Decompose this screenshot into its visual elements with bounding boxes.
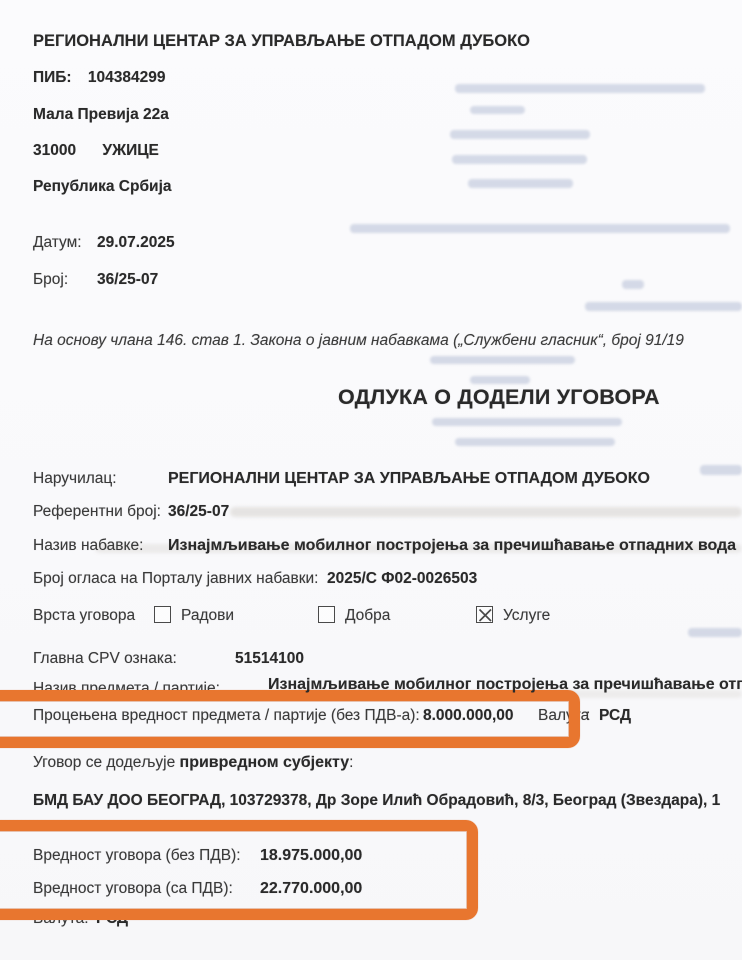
checkbox-unchecked-icon (154, 606, 171, 623)
postal-code: 31000 (33, 142, 76, 159)
estimated-currency-value: РСД (599, 705, 631, 727)
reference-label: Референтни број: (33, 503, 161, 520)
supplier-line: БМД БАУ ДОО БЕОГРАД, 103729378, Др Зоре … (33, 790, 720, 812)
highlight-box-contract-values (0, 820, 478, 920)
subject-value: Изнајмљивање мобилног постројења за преч… (268, 676, 742, 693)
award-suffix: : (349, 754, 353, 771)
contract-type-option-radovi: Радови (154, 605, 234, 627)
estimated-value-label: Процењена вредност предмета / партије (б… (33, 707, 420, 724)
award-sentence: Уговор се додељује привредном субјекту: (33, 752, 353, 774)
estimated-value: 8.000.000,00 (423, 705, 514, 727)
client-label: Наручилац: (33, 470, 117, 487)
contract-value-excl-row: Вредност уговора (без ПДВ): 18.975.000,0… (33, 845, 241, 867)
org-street: Мала Превија 22а (33, 104, 169, 126)
org-pib-row: ПИБ: 104384299 (33, 67, 166, 89)
number-value: 36/25-07 (97, 269, 158, 291)
number-label: Број: (33, 271, 68, 288)
client-row: Наручилац: РЕГИОНАЛНИ ЦЕНТАР ЗА УПРАВЉАЊ… (33, 468, 117, 490)
document-title: ОДЛУКА О ДОДЕЛИ УГОВОРА (338, 385, 660, 410)
procurement-name-value: Изнајмљивање мобилног постројења за преч… (168, 535, 736, 557)
date-value: 29.07.2025 (97, 232, 175, 254)
bleedthrough-text (470, 106, 525, 114)
checkbox-label: Добра (345, 607, 390, 624)
contract-type-option-usluge: Услуге (476, 605, 550, 627)
contract-value-excl: 18.975.000,00 (260, 845, 362, 867)
bleedthrough-text (455, 84, 705, 93)
subject-row: Назив предмета / партије: (33, 678, 220, 700)
bleedthrough-text (688, 628, 742, 637)
bleedthrough-text (470, 376, 530, 384)
checkbox-label: Радови (181, 607, 234, 624)
contract-value-incl-label: Вредност уговора (са ПДВ): (33, 880, 233, 897)
contract-type-row: Врста уговора Радови Добра Услуге (33, 605, 135, 627)
checkbox-checked-icon (476, 606, 493, 623)
city: УЖИЦЕ (102, 142, 158, 159)
award-subject-bold: привредном субјекту (180, 754, 350, 771)
bleedthrough-text (700, 465, 742, 475)
bleedthrough-text (622, 280, 644, 289)
estimated-value-row: Процењена вредност предмета / партије (б… (33, 705, 420, 727)
reference-row: Референтни број: 36/25-07 (33, 501, 161, 523)
currency-row: Валута: РСД (33, 908, 89, 930)
scan-streak (230, 507, 742, 517)
procurement-name-row: Назив набавке: Изнајмљивање мобилног пос… (33, 535, 143, 557)
pib-value: 104384299 (88, 69, 166, 86)
date-label: Датум: (33, 234, 82, 251)
bleedthrough-text (450, 130, 590, 139)
org-name: РЕГИОНАЛНИ ЦЕНТАР ЗА УПРАВЉАЊЕ ОТПАДОМ Д… (33, 30, 530, 52)
bleedthrough-text (430, 356, 575, 364)
org-city-row: 31000 УЖИЦЕ (33, 140, 159, 162)
bleedthrough-text (350, 224, 730, 233)
client-value: РЕГИОНАЛНИ ЦЕНТАР ЗА УПРАВЉАЊЕ ОТПАДОМ Д… (168, 468, 650, 490)
currency-value: РСД (96, 908, 128, 930)
notice-number-label: Број огласа на Порталу јавних набавки: (33, 570, 319, 587)
checkbox-label: Услуге (503, 607, 550, 624)
bleedthrough-text (468, 179, 573, 188)
award-prefix: Уговор се додељује (33, 754, 180, 771)
bleedthrough-text (455, 438, 615, 446)
bleedthrough-text (452, 155, 587, 164)
contract-value-incl-row: Вредност уговора (са ПДВ): 22.770.000,00 (33, 878, 233, 900)
scanned-document-page: РЕГИОНАЛНИ ЦЕНТАР ЗА УПРАВЉАЊЕ ОТПАДОМ Д… (0, 0, 742, 960)
contract-type-label: Врста уговора (33, 607, 135, 624)
org-country: Република Србија (33, 176, 172, 198)
pib-label: ПИБ: (33, 69, 72, 86)
subject-value-row: Изнајмљивање мобилног постројења за преч… (268, 674, 742, 696)
notice-number-value: 2025/С Ф02-0026503 (327, 568, 477, 590)
cpv-label: Главна CPV ознака: (33, 650, 177, 667)
subject-label: Назив предмета / партије: (33, 680, 220, 697)
bleedthrough-text (585, 302, 742, 311)
date-row: Датум: 29.07.2025 (33, 232, 82, 254)
estimated-currency-colon: : (586, 705, 590, 727)
estimated-currency-label: Валута (538, 705, 589, 727)
contract-value-incl: 22.770.000,00 (260, 878, 362, 900)
cpv-row: Главна CPV ознака: 51514100 (33, 648, 177, 670)
contract-type-option-dobra: Добра (318, 605, 390, 627)
contract-value-excl-label: Вредност уговора (без ПДВ): (33, 847, 241, 864)
legal-basis-text: На основу члана 146. став 1. Закона о ја… (33, 330, 684, 352)
currency-label: Валута: (33, 910, 89, 927)
number-row: Број: 36/25-07 (33, 269, 68, 291)
reference-value: 36/25-07 (168, 501, 229, 523)
bleedthrough-text (432, 418, 622, 426)
checkbox-unchecked-icon (318, 606, 335, 623)
notice-number-row: Број огласа на Порталу јавних набавки: 2… (33, 568, 319, 590)
procurement-name-label: Назив набавке: (33, 537, 143, 554)
cpv-value: 51514100 (235, 648, 304, 670)
